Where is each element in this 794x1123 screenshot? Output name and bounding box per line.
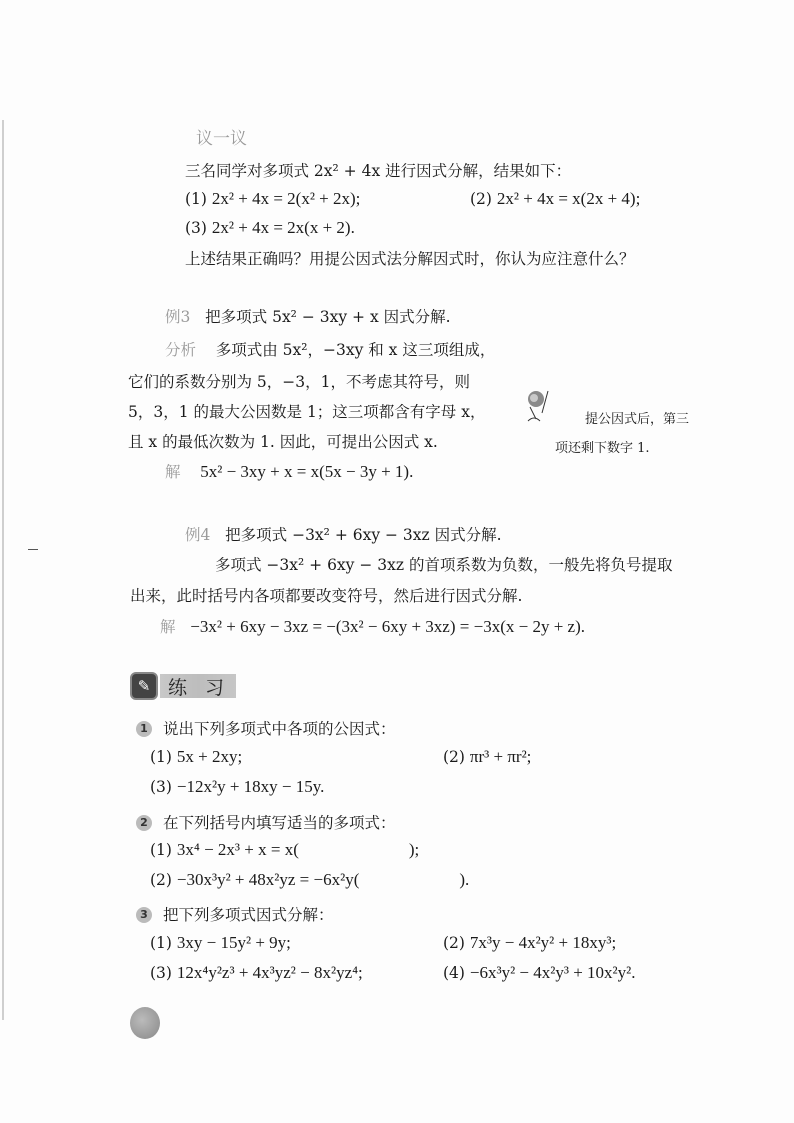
exercise-1-prompt: 1 说出下列多项式中各项的公因式： — [136, 717, 395, 739]
exercise-3-item-1: (1) 3xy − 15y² + 9y; — [150, 933, 291, 953]
pencil-notepad-icon: ✎ — [130, 672, 158, 700]
discussion-heading: 议一议 — [196, 124, 247, 149]
exercise-number-badge: 3 — [136, 907, 152, 923]
discussion-result-2: (2) 2x² + 4x = x(2x + 4); — [470, 189, 640, 209]
exercise-1-item-1: (1) 5x + 2xy; — [150, 747, 242, 767]
discussion-result-1: (1) 2x² + 4x = 2(x² + 2x); — [185, 189, 360, 209]
exercise-3-item-2: (2) 7x³y − 4x²y² + 18xy³; — [443, 933, 616, 953]
example-3-analysis-line-1: 分析 多项式由 5x²，−3xy 和 x 这三项组成， — [165, 338, 495, 360]
discussion-result-3: (3) 2x² + 4x = 2x(x + 2). — [185, 218, 355, 238]
example-4-analysis-line-2: 出来，此时括号内各项都要改变符号，然后进行因式分解. — [130, 584, 522, 606]
exercise-3-item-3: (3) 12x⁴y²z³ + 4x³yz² − 8x²yz⁴; — [150, 963, 363, 983]
margin-mark — [28, 549, 38, 550]
exercise-number-badge: 1 — [136, 721, 152, 737]
example-4-solution: 解 −3x² + 6xy − 3xz = −(3x² − 6xy + 3xz) … — [160, 615, 585, 637]
practice-heading: ✎ 练 习 — [130, 671, 236, 701]
example-3-problem: 例3 把多项式 5x² − 3xy + x 因式分解. — [165, 305, 451, 327]
exercise-1-item-2: (2) πr³ + πr²; — [443, 747, 531, 767]
exercise-number-badge: 2 — [136, 815, 152, 831]
example-4-analysis-line-1: 多项式 −3x² + 6xy − 3xz 的首项系数为负数，一般先将负号提取 — [215, 553, 672, 575]
exercise-2-item-1: (1) 3x⁴ − 2x³ + x = x(); — [150, 840, 419, 860]
discussion-question: 上述结果正确吗？用提公因式法分解因式时，你认为应注意什么？ — [185, 247, 635, 269]
example-4-problem: 例4 把多项式 −3x² + 6xy − 3xz 因式分解. — [185, 523, 502, 545]
side-note-line-2: 项还剩下数字 1. — [555, 437, 650, 456]
discussion-intro: 三名同学对多项式 2x² + 4x 进行因式分解，结果如下： — [185, 159, 571, 181]
example-3-analysis-line-3: 5，3，1 的最大公因数是 1；这三项都含有字母 x， — [128, 400, 485, 422]
exercise-3-prompt: 3 把下列多项式因式分解： — [136, 903, 333, 925]
page-binding-edge — [2, 120, 4, 1020]
exercise-1-item-3: (3) −12x²y + 18xy − 15y. — [150, 777, 324, 797]
exercise-3-item-4: (4) −6x³y² − 4x²y³ + 10x²y². — [443, 963, 636, 983]
exercise-2-prompt: 2 在下列括号内填写适当的多项式： — [136, 811, 395, 833]
page-number-bubble-icon — [130, 1007, 160, 1039]
side-note-line-1: 提公因式后，第三 — [585, 408, 689, 427]
example-3-analysis-line-2: 它们的系数分别为 5，−3，1，不考虑其符号，则 — [128, 370, 470, 392]
example-3-analysis-line-4: 且 x 的最低次数为 1. 因此，可提出公因式 x. — [128, 430, 438, 452]
exercise-2-item-2: (2) −30x³y² + 48x²yz = −6x²y(). — [150, 870, 469, 890]
mascot-icon — [522, 389, 558, 425]
example-3-solution: 解 5x² − 3xy + x = x(5x − 3y + 1). — [165, 460, 413, 482]
